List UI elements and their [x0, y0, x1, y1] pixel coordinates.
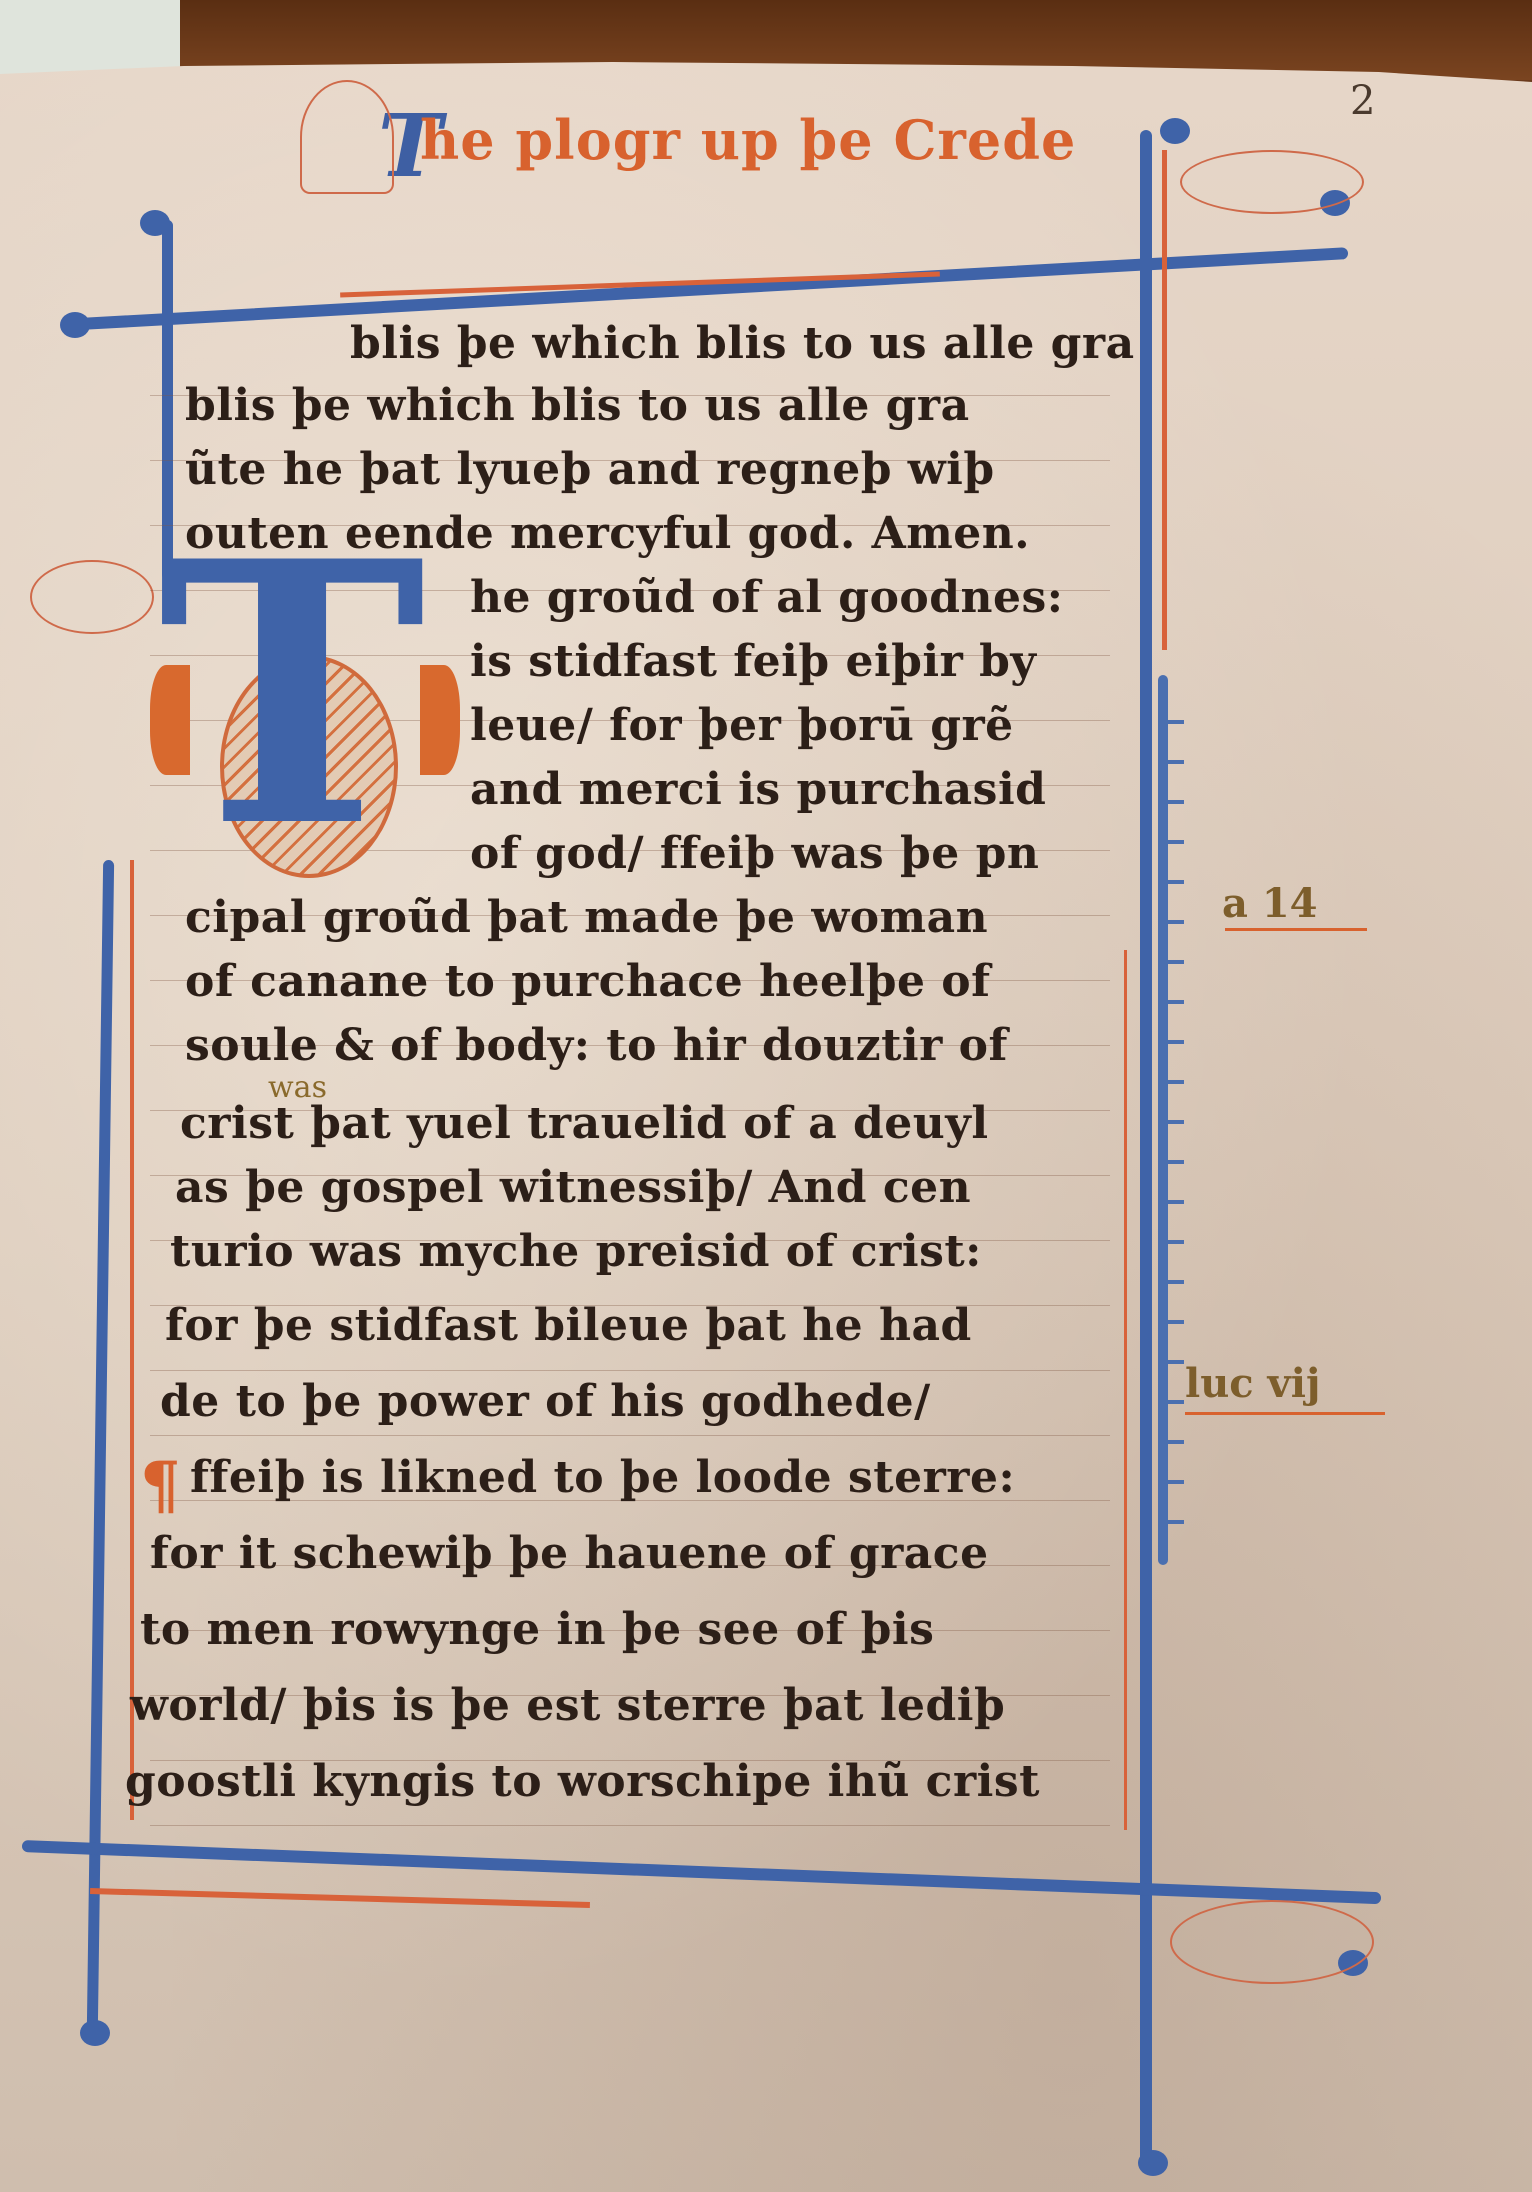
border-right-red [1162, 150, 1167, 650]
text-line: goostli kyngis to worschipe ihũ crist [125, 1756, 1040, 1807]
text-line: of canane to purchace heelþe of [185, 956, 991, 1007]
initial-letter: T [158, 515, 426, 875]
margin-note: a 14 [1222, 880, 1318, 927]
filigree-flourish [1180, 150, 1364, 214]
folio-number: 2 [1350, 78, 1375, 124]
rubric-text: he plogr up þe Crede [420, 108, 1076, 172]
margin-note-underline [1225, 928, 1367, 931]
filigree-flourish [1170, 1900, 1374, 1984]
text-line: and merci is purchasid [470, 764, 1046, 815]
illuminated-initial: T [150, 545, 460, 885]
text-line: cipal groũd þat made þe woman [185, 892, 988, 943]
border-right-bar [1140, 130, 1152, 2170]
border-knob [140, 210, 170, 236]
text-line: outen eende mercyful god. Amen. [185, 508, 1030, 559]
border-knob [80, 2020, 110, 2046]
text-line: leue/ for þer þorū grẽ [470, 700, 1014, 751]
text-line: for it schewiþ þe hauene of grace [150, 1528, 989, 1579]
text-line: world/ þis is þe est sterre þat lediþ [130, 1680, 1005, 1731]
text-line: ffeiþ is likned to þe loode sterre: [190, 1452, 1015, 1503]
margin-sawtooth-bar [1158, 675, 1168, 1565]
border-knob [1138, 2150, 1168, 2176]
filigree-flourish [30, 560, 154, 634]
text-line: he groũd of al goodnes: [470, 572, 1064, 623]
border-left-red [130, 860, 134, 1820]
text-line: de to þe power of his godhede/ [160, 1376, 931, 1427]
margin-note: luc vij [1185, 1360, 1320, 1407]
text-line: crist þat yuel trauelid of a deuyl [180, 1098, 989, 1149]
border-knob [1160, 118, 1190, 144]
interlinear-gloss: was [268, 1070, 327, 1105]
text-line: for þe stidfast bileue þat he had [165, 1300, 972, 1351]
text-line: to men rowynge in þe see of þis [140, 1604, 934, 1655]
text-line: is stidfast feiþ eiþir by [470, 636, 1036, 687]
text-line: as þe gospel witnessiþ/ And cen [175, 1162, 971, 1213]
filigree-flourish [300, 80, 394, 194]
text-line: turio was myche preisid of crist: [170, 1226, 982, 1277]
border-right-inner-red [1124, 950, 1127, 1830]
text-line: blis þe which blis to us alle gra [185, 380, 970, 431]
text-line: of god/ ffeiþ was þe pn [470, 828, 1039, 879]
paraph-mark: ¶ [140, 1448, 181, 1523]
text-line: soule & of body: to hir douztir of [185, 1020, 1008, 1071]
margin-note-underline [1185, 1412, 1385, 1415]
text-line: blis þe which blis to us alle gra [350, 318, 1135, 369]
border-knob [60, 312, 90, 338]
text-line: ũte he þat lyueþ and regneþ wiþ [185, 444, 995, 495]
initial-red-flank [420, 665, 460, 775]
